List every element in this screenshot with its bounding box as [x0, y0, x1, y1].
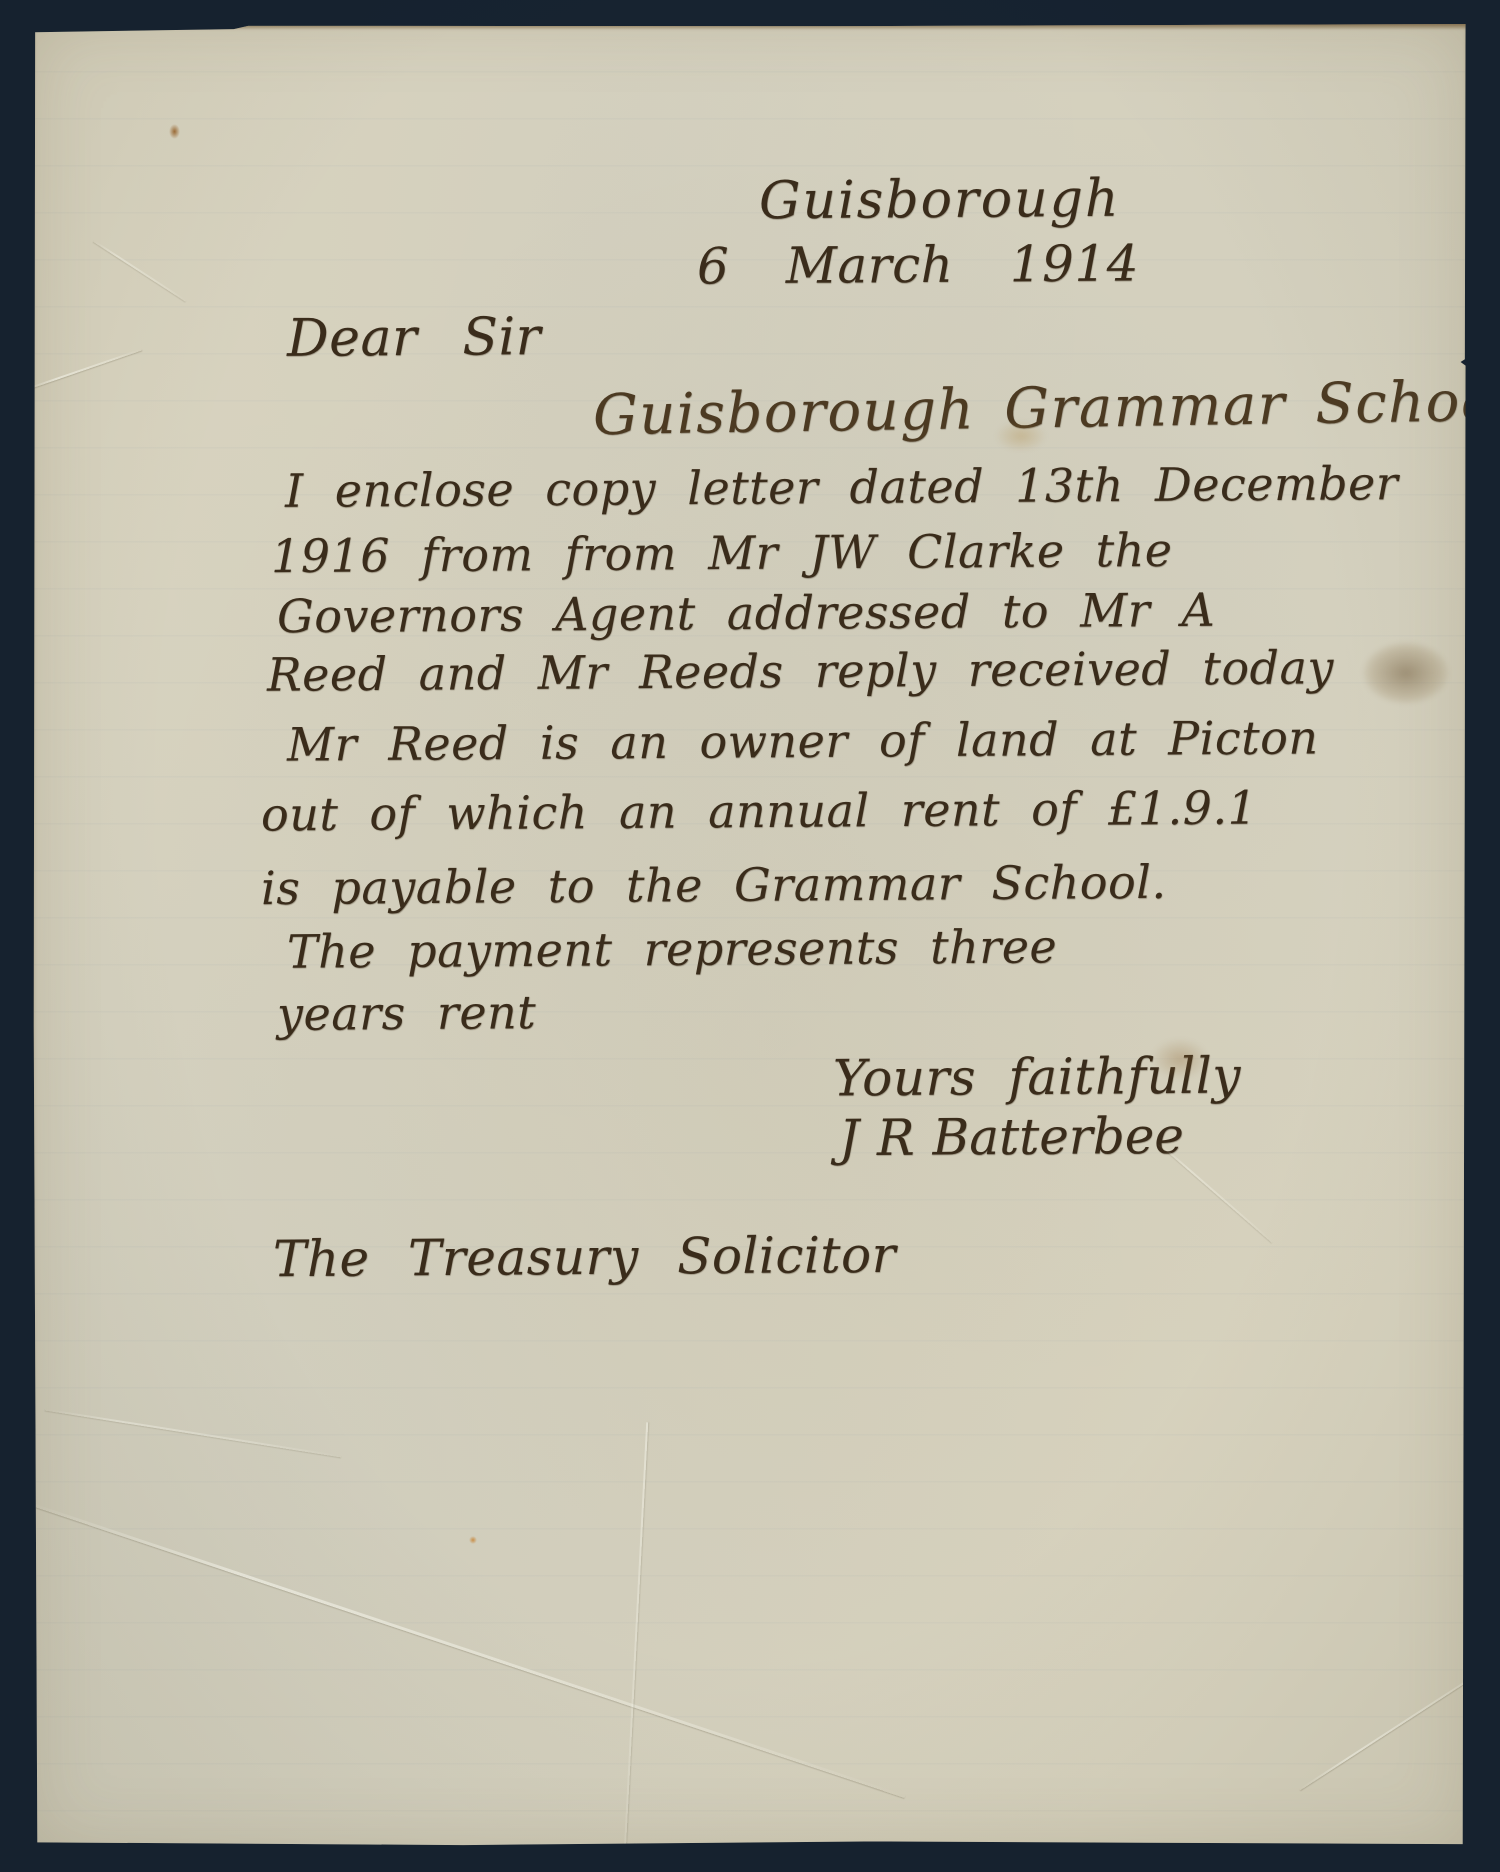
paper-crease [624, 1422, 649, 1852]
paper-crease [28, 349, 142, 390]
letter-date-line: 6 March 1914 [697, 234, 1139, 295]
paper-crease [45, 1409, 342, 1458]
paper-stain [1363, 642, 1449, 704]
paper-stain [469, 1536, 477, 1544]
letter-closing: Yours faithfully [833, 1047, 1241, 1108]
paper-crease [1299, 1664, 1493, 1791]
letter-body-line: I enclose copy letter dated 13th Decembe… [285, 456, 1399, 518]
letter-addressee: The Treasury Solicitor [273, 1226, 896, 1288]
letter-body-line: years rent [277, 985, 537, 1041]
paper-stain [169, 124, 180, 139]
paper-crease [93, 240, 186, 302]
letter-page: Guisborough 6 March 1914 Dear Sir Guisbo… [33, 24, 1467, 1846]
letter-salutation: Dear Sir [287, 307, 541, 369]
letter-body-line: out of which an annual rent of £1.9.1 [261, 781, 1258, 842]
letter-body-line: is payable to the Grammar School. [261, 855, 1167, 915]
letter-subject-line: Guisborough Grammar School [593, 369, 1500, 448]
letter-place-line: Guisborough [759, 169, 1121, 232]
letter-body-line: The payment represents three [287, 919, 1058, 978]
letter-signature: J R Batterbee [839, 1107, 1184, 1167]
letter-body-line: Reed and Mr Reeds reply received today [267, 640, 1334, 701]
letter-body-line: Governors Agent addressed to Mr A [277, 583, 1215, 644]
scanned-letter-background: Guisborough 6 March 1914 Dear Sir Guisbo… [0, 0, 1500, 1872]
letter-body-line: 1916 from from Mr JW Clarke the [271, 523, 1173, 583]
letter-body-line: Mr Reed is an owner of land at Picton [287, 710, 1319, 771]
paper-crease [23, 1500, 906, 1798]
